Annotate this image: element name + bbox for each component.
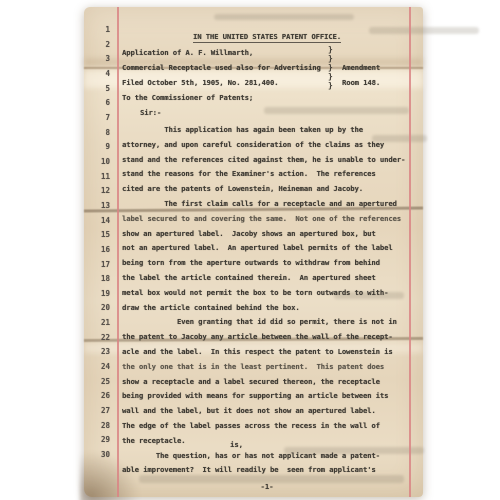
document-line: stand and the references cited against t…	[122, 153, 414, 168]
page-number: -1-	[122, 482, 412, 491]
line-number: 24	[90, 360, 110, 375]
document-line: attorney, and upon careful consideration…	[122, 138, 414, 153]
line-number: 21	[90, 316, 110, 331]
line-number: 7	[90, 111, 110, 126]
line-number: 29	[90, 433, 110, 448]
line-number: 5	[90, 82, 110, 97]
line-number: 26	[90, 389, 110, 404]
document-line: The first claim calls for a receptacle a…	[122, 197, 414, 212]
line-number: 15	[90, 228, 110, 243]
document-line: being torn from the aperture outwards to…	[122, 256, 414, 271]
document-line: the patent to Jacoby any article between…	[122, 330, 414, 345]
document-title-text: IN THE UNITED STATES PATENT OFFICE.	[193, 32, 341, 43]
salutation: Sir:-	[140, 108, 161, 117]
bleed-through-smudge	[214, 14, 354, 20]
line-number: 19	[90, 287, 110, 302]
line-number: 14	[90, 214, 110, 229]
document-line: metal box would not permit the box to be…	[122, 286, 414, 301]
document-line: the label the article contained therein.…	[122, 271, 414, 286]
document-line: draw the article contained behind the bo…	[122, 301, 414, 316]
document-page: 1234567891011121314151617181920212223242…	[84, 7, 423, 497]
line-number: 28	[90, 419, 110, 434]
document-line: show an apertured label. Jacoby shows an…	[122, 227, 414, 242]
document-line: stand the reasons for the Examiner's act…	[122, 167, 414, 182]
line-number: 6	[90, 96, 110, 111]
line-number: 16	[90, 243, 110, 258]
letter-body: This application has again been taken up…	[122, 123, 414, 478]
document-line: cited are the patents of Lowenstein, Hei…	[122, 182, 414, 197]
line-number-column: 1234567891011121314151617181920212223242…	[90, 23, 110, 463]
line-number: 11	[90, 170, 110, 185]
document-line: show a receptacle and a label secured th…	[122, 375, 414, 390]
application-line: Application of A. F. Willmarth,	[122, 48, 253, 57]
filed-line: Filed October 5th, 1905, No. 281,400.	[122, 78, 278, 87]
caption-brace: } } } } }	[328, 45, 333, 90]
line-number: 1	[90, 23, 110, 38]
document-line: the only one that is in the least pertin…	[122, 360, 414, 375]
line-number: 25	[90, 375, 110, 390]
line-number: 2	[90, 38, 110, 53]
line-number: 27	[90, 404, 110, 419]
line-number: 13	[90, 199, 110, 214]
document-line: being provided with means for supporting…	[122, 389, 414, 404]
document-line: not an apertured label. An apertured lab…	[122, 241, 414, 256]
document-line: acle and the label. In this respect the …	[122, 345, 414, 360]
line-number: 17	[90, 258, 110, 273]
document-line: The edge of the label passes across the …	[122, 419, 414, 434]
document-line: the receptacle.	[122, 434, 414, 449]
document-line: wall and the label, but it does not show…	[122, 404, 414, 419]
line-number: 4	[90, 67, 110, 82]
document-line: able improvement? It will readily be see…	[122, 463, 414, 478]
line-number: 8	[90, 126, 110, 141]
margin-rule-left	[117, 7, 119, 497]
line-number: 12	[90, 184, 110, 199]
amendment-label: Amendment	[342, 63, 380, 72]
invention-line: Commercial Receptacle used also for Adve…	[122, 63, 321, 72]
room-label: Room 148.	[342, 78, 380, 87]
bleed-through-smudge	[264, 107, 409, 114]
document-line: label secured to and covering the same. …	[122, 212, 414, 227]
scan-background: 1234567891011121314151617181920212223242…	[0, 0, 500, 500]
document-line: This application has again been taken up…	[122, 123, 414, 138]
addressee-line: To the Commissioner of Patents;	[122, 93, 253, 102]
interlinear-insertion: is,	[230, 440, 243, 449]
line-number: 30	[90, 448, 110, 463]
line-number: 20	[90, 301, 110, 316]
line-number: 22	[90, 331, 110, 346]
document-line: The question, has or has not applicant m…	[122, 449, 414, 464]
line-number: 3	[90, 52, 110, 67]
document-line: Even granting that id did so permit, the…	[122, 315, 414, 330]
line-number: 18	[90, 272, 110, 287]
line-number: 23	[90, 345, 110, 360]
line-number: 9	[90, 140, 110, 155]
line-number: 10	[90, 155, 110, 170]
document-title: IN THE UNITED STATES PATENT OFFICE.	[122, 32, 412, 43]
